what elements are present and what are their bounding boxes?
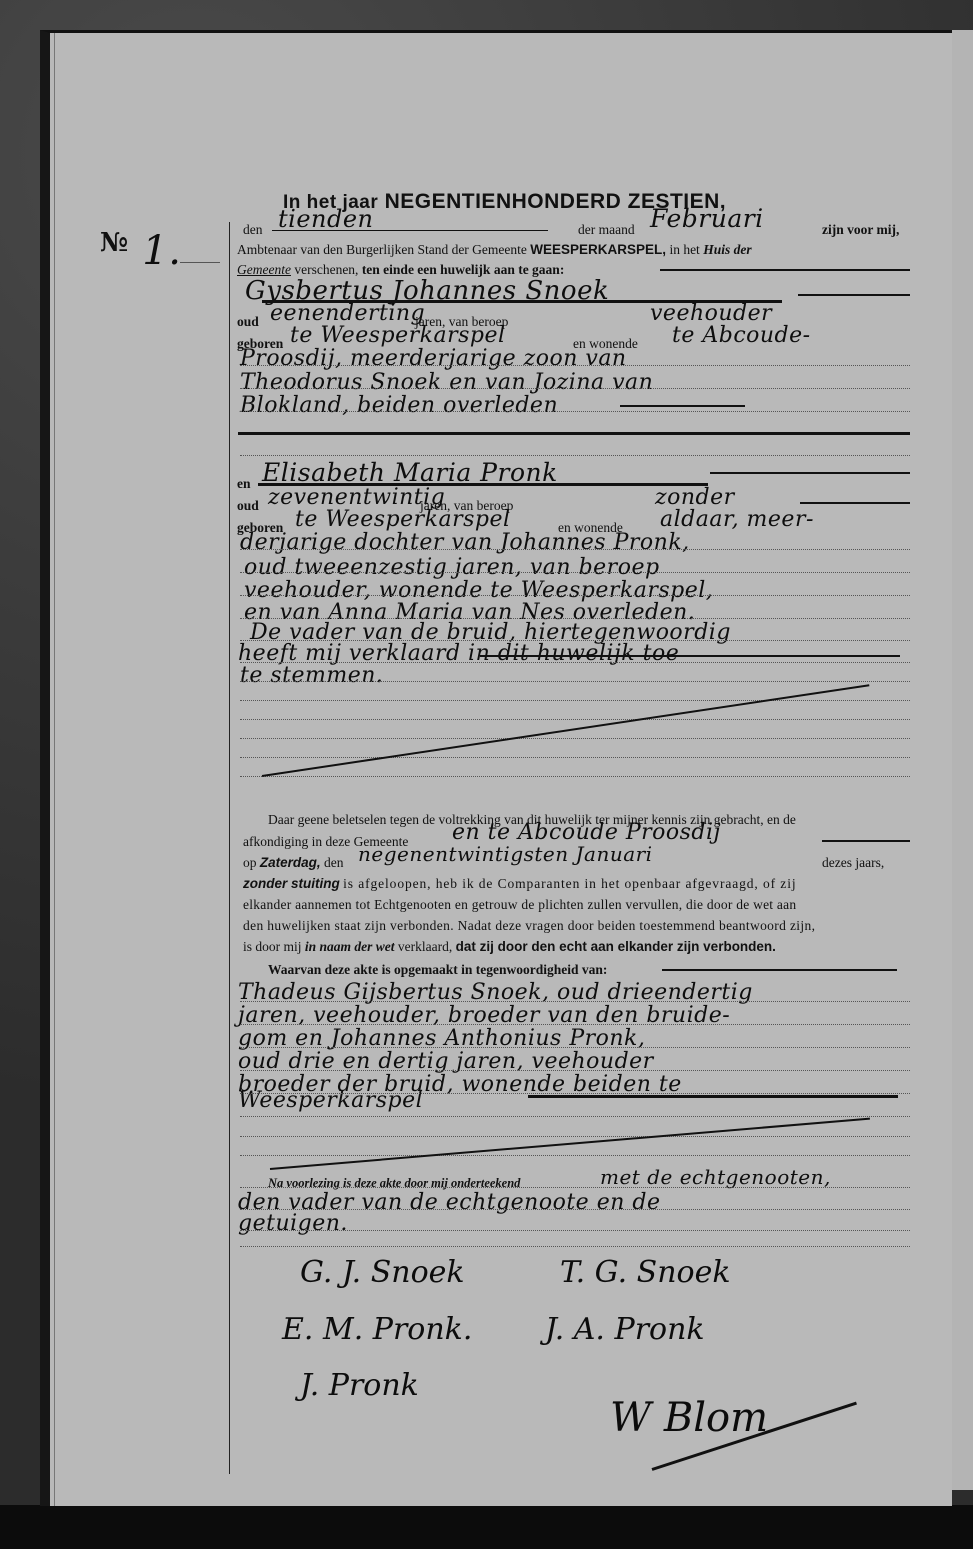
month-label: der maand [578, 222, 635, 238]
groom-birthplace: te Weesperkarspel [290, 323, 506, 348]
signature-registrar: W Blom [610, 1395, 768, 1441]
day-field: tienden [278, 205, 374, 233]
intro-line-2: Ambtenaar van den Burgerlijken Stand der… [237, 242, 752, 258]
record-number: №1. [100, 228, 128, 258]
bride-residence: aldaar, meer- [660, 507, 814, 532]
witnesses-intro: Waarvan deze akte is opgemaakt in tegenw… [268, 962, 607, 978]
month-field: Februari [650, 204, 764, 233]
witness-line: Weesperkarspel [238, 1088, 423, 1113]
bride-detail: oud tweeenzestig jaren, van beroep [244, 555, 660, 580]
signature-witness-2: J. A. Pronk [545, 1312, 705, 1347]
bride-birthplace: te Weesperkarspel [295, 507, 511, 532]
margin-rule [229, 222, 230, 1474]
groom-residence: te Abcoude- [672, 323, 811, 348]
signature-groom: G. J. Snoek [300, 1255, 465, 1290]
municipality: WEESPERKARSPEL, [530, 242, 666, 257]
groom-detail: Theodorus Snoek en van Jozina van [240, 370, 653, 395]
groom-section-end [238, 432, 910, 435]
signature-father: J. Pronk [300, 1368, 419, 1403]
den-label: den [243, 222, 263, 238]
signature-bride: E. M. Pronk. [282, 1312, 472, 1347]
closing-hand: met de echtgenooten, [600, 1165, 831, 1189]
proclamation-date: negenentwintigsten Januari [358, 842, 653, 866]
bride-detail: derjarige dochter van Johannes Pronk, [240, 530, 690, 555]
groom-detail: Blokland, beiden overleden [240, 393, 558, 418]
closing-hand: getuigen. [238, 1211, 348, 1236]
scan-bottom-edge [0, 1505, 973, 1549]
closing-printed: Na voorlezing is deze akte door mij onde… [268, 1176, 520, 1191]
bride-detail: te stemmen. [240, 663, 383, 688]
groom-detail: Proosdij, meerderjarige zoon van [240, 346, 627, 371]
signature-witness-1: T. G. Snoek [560, 1255, 731, 1290]
